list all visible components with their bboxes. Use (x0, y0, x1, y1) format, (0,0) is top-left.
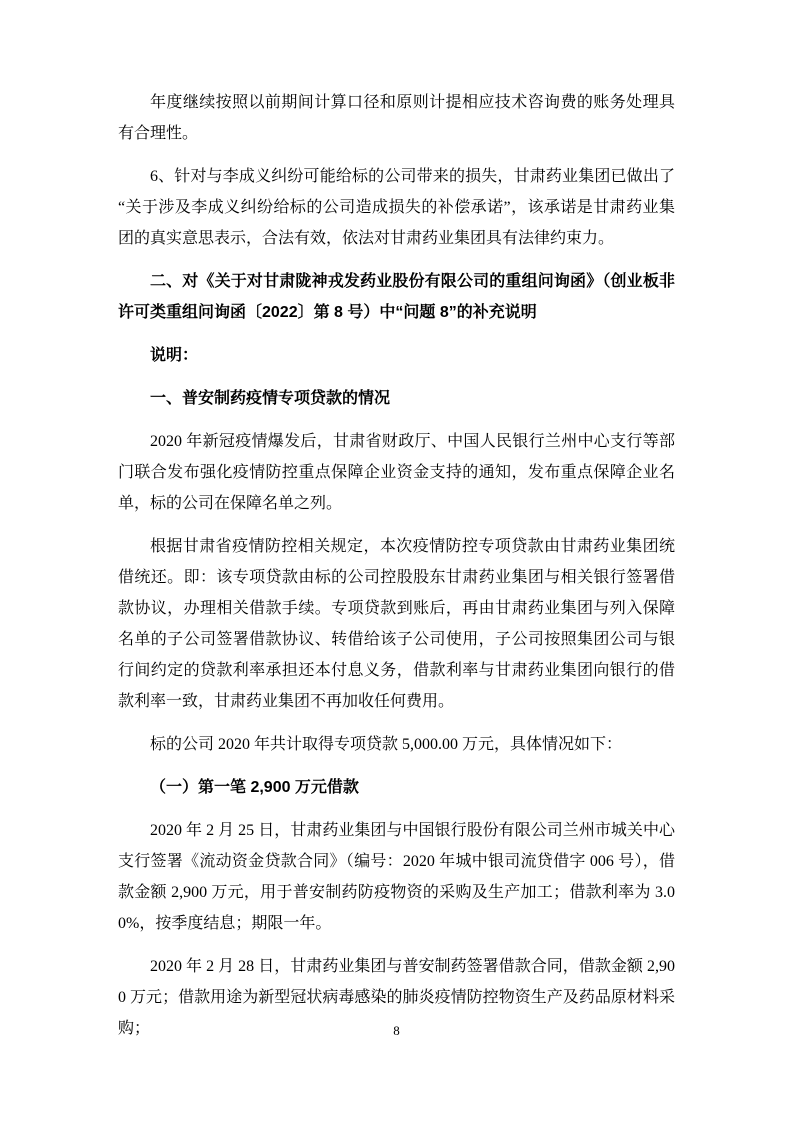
paragraph: 6、针对与李成义纠纷可能给标的公司带来的损失，甘肃药业集团已做出了“关于涉及李成… (118, 161, 675, 254)
document-body: 年度继续按照以前期间计算口径和原则计提相应技术咨询费的账务处理具有合理性。 6、… (118, 87, 675, 1056)
paragraph: 2020 年 2 月 25 日，甘肃药业集团与中国银行股份有限公司兰州市城关中心… (118, 815, 675, 939)
paragraph-continued: 年度继续按照以前期间计算口径和原则计提相应技术咨询费的账务处理具有合理性。 (118, 87, 675, 149)
explanation-label: 说明： (118, 340, 675, 371)
subsection-heading-first-loan: （一）第一笔 2,900 万元借款 (118, 772, 675, 803)
paragraph: 2020 年新冠疫情爆发后，甘肃省财政厅、中国人民银行兰州中心支行等部门联合发布… (118, 426, 675, 519)
paragraph: 根据甘肃省疫情防控相关规定，本次疫情防控专项贷款由甘肃药业集团统借统还。即：该专… (118, 531, 675, 717)
paragraph: 标的公司 2020 年共计取得专项贷款 5,000.00 万元，具体情况如下： (118, 729, 675, 760)
section-heading-two: 二、对《关于对甘肃陇神戎发药业股份有限公司的重组问询函》（创业板非许可类重组问询… (118, 266, 675, 328)
section-heading-one: 一、普安制药疫情专项贷款的情况 (118, 383, 675, 414)
document-page: { "page": { "background": "#ffffff", "te… (0, 0, 793, 1122)
page-number: 8 (0, 1023, 793, 1039)
